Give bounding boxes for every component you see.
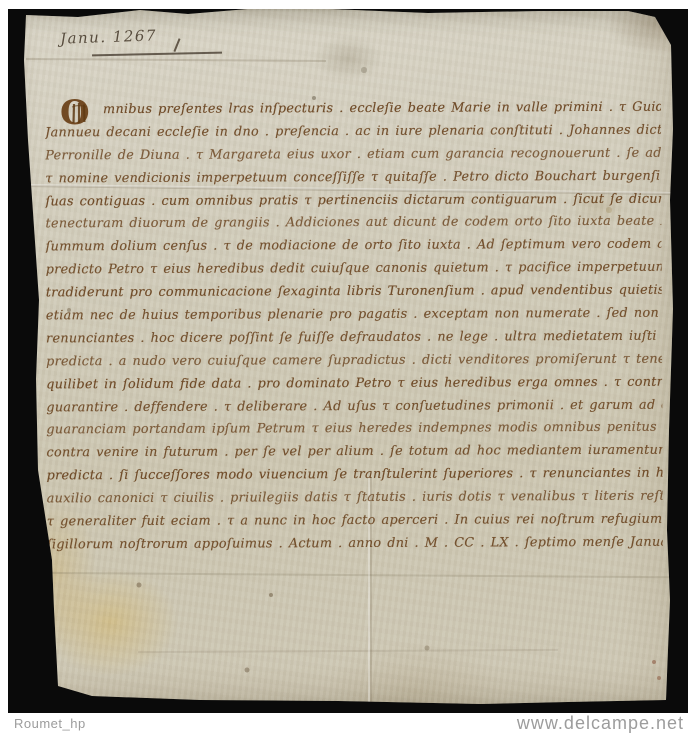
manuscript-line: predicta . ſi ſucceſſores modo viuencium… bbox=[47, 463, 663, 489]
date-annotation: Janu. 1267 bbox=[60, 26, 158, 47]
manuscript-line: Perronille de Diuna . τ Margareta eius u… bbox=[45, 142, 661, 168]
manuscript-line: renunciantes . hoc dicere poſſint ſe fui… bbox=[46, 326, 662, 352]
listing-photo: Janu. 1267 O mnibus preſentes lras inſpe… bbox=[0, 0, 700, 734]
manuscript-line: mnibus preſentes lras inſpecturis . eccl… bbox=[45, 97, 661, 123]
manuscript-text: mnibus preſentes lras inſpecturis . eccl… bbox=[45, 97, 663, 570]
manuscript-line: predicto Petro τ eius heredibus dedit cu… bbox=[46, 257, 662, 283]
manuscript-line: tenecturam diuorum de grangiis . Addicio… bbox=[45, 211, 661, 237]
manuscript-line: auxilio canonici τ ciuilis . priuilegiis… bbox=[47, 486, 663, 512]
manuscript-line: ſummum dolium cenſus . τ de modiacione d… bbox=[46, 234, 662, 260]
manuscript-line: ſigillorum noſtrorum appoſuimus . Actum … bbox=[47, 532, 663, 558]
manuscript-line: ſuas contiguas . cum omnibus pratis τ pe… bbox=[45, 188, 661, 214]
manuscript-line: τ nomine vendicionis imperpetuum conceſſ… bbox=[45, 165, 661, 191]
photo-frame: Janu. 1267 O mnibus preſentes lras inſpe… bbox=[8, 9, 688, 713]
ink-specks bbox=[8, 9, 10, 11]
manuscript-line: quilibet in ſolidum fide data . pro domi… bbox=[46, 371, 662, 397]
manuscript-line: τ generaliter fuit eciam . τ a nunc in h… bbox=[47, 509, 663, 535]
parchment-sheet: Janu. 1267 O mnibus preſentes lras inſpe… bbox=[8, 9, 688, 714]
date-annotation-text: Janu. 1267 bbox=[60, 26, 158, 47]
manuscript-line: contra venire in futurum . per ſe vel pe… bbox=[46, 440, 662, 466]
fold-crease-bottom bbox=[138, 649, 558, 653]
manuscript-line: guarantire . deffendere . τ deliberare .… bbox=[46, 394, 662, 420]
fold-crease-top bbox=[26, 58, 326, 62]
watermark-strip: Roumet_hp www.delcampe.net bbox=[0, 713, 700, 734]
fold-crease-lower bbox=[24, 572, 674, 579]
annotation-underline bbox=[92, 52, 222, 56]
manuscript-line: predicta . a nudo vero cuiuſque camere ſ… bbox=[46, 348, 662, 374]
manuscript-line: etiam nec de huius temporibus plenarie p… bbox=[46, 303, 662, 329]
manuscript-line: tradiderunt pro communicacione ſexaginta… bbox=[46, 280, 662, 306]
seller-watermark: Roumet_hp bbox=[14, 716, 86, 731]
site-watermark: www.delcampe.net bbox=[517, 713, 684, 734]
manuscript-line: guaranciam portandam ipſum Petrum τ eius… bbox=[46, 417, 662, 443]
annotation-flourish bbox=[173, 38, 180, 52]
manuscript-line: Jannueu decani eccleſie in dno . preſenc… bbox=[45, 120, 661, 146]
